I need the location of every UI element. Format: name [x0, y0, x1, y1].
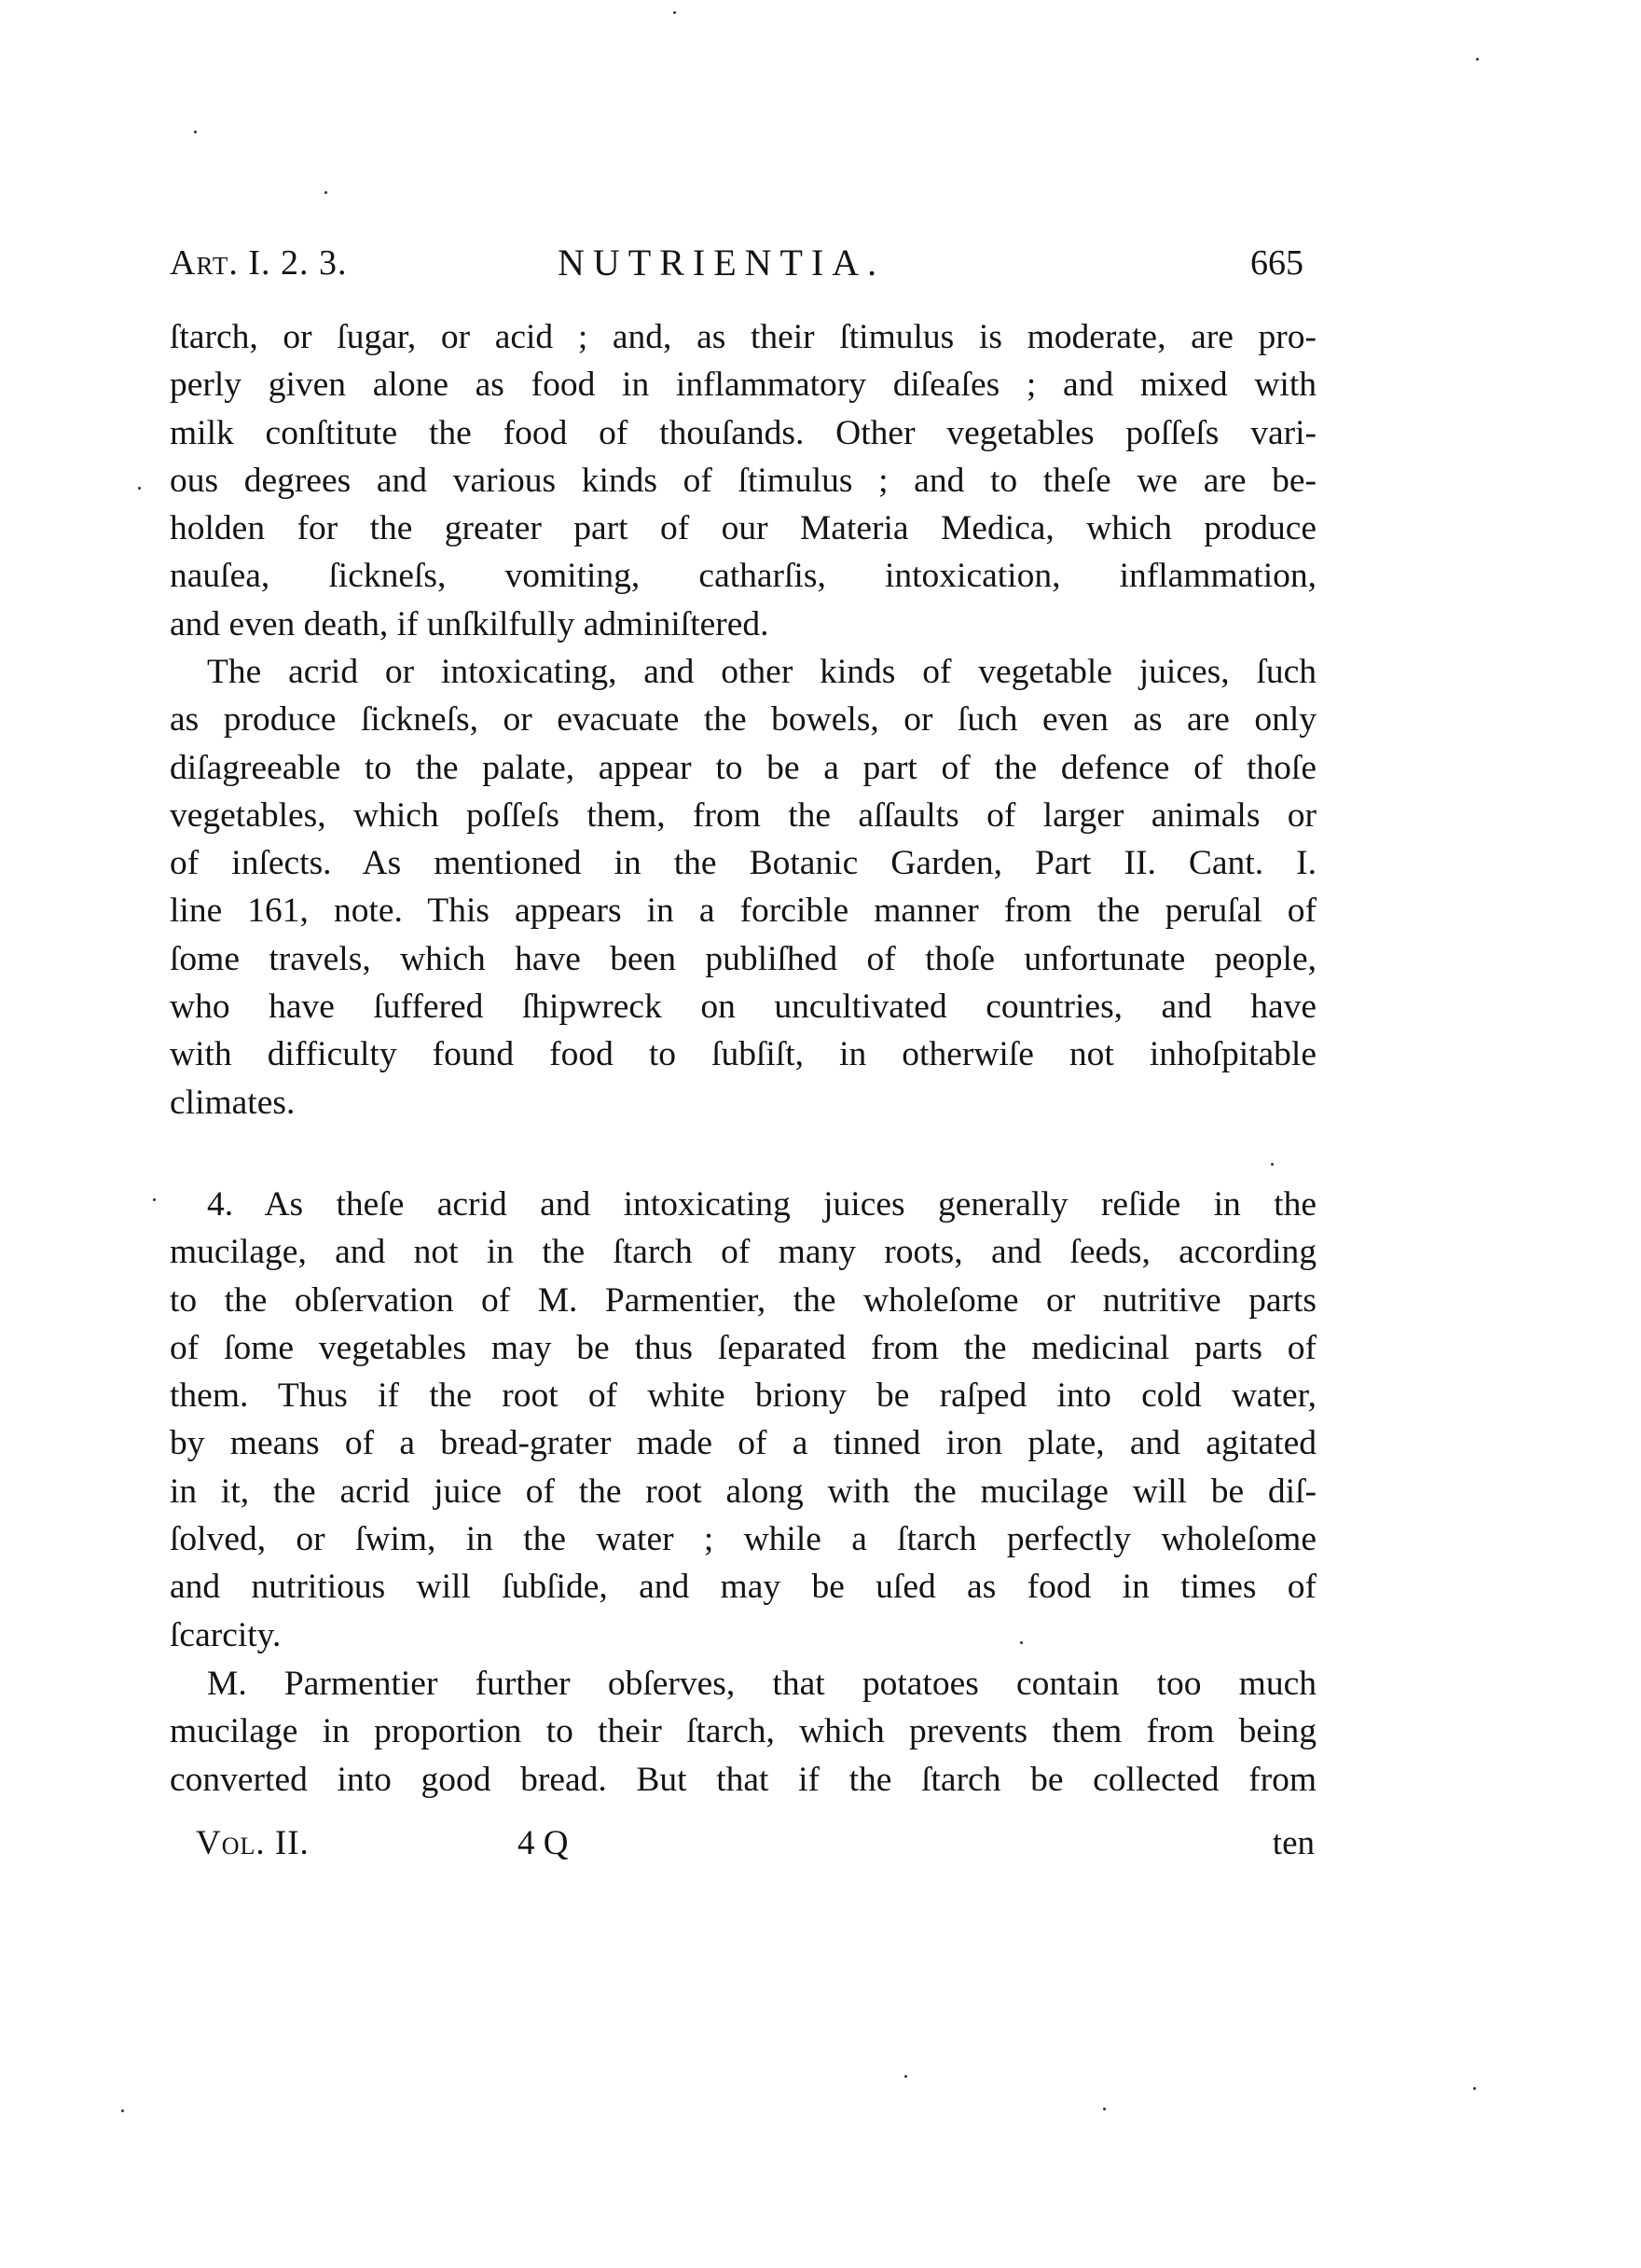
scan-speck	[1476, 58, 1479, 61]
text-line: diſagreeable to the palate, appear to be…	[170, 744, 1317, 792]
scan-speck	[121, 2109, 124, 2112]
paragraph-section-4: 4. As theſe acrid and intoxicating juice…	[170, 1181, 1317, 1659]
page-title: NUTRIENTIA.	[558, 241, 885, 285]
scan-speck	[1271, 1163, 1274, 1166]
scan-speck	[324, 191, 327, 194]
text-line: perly given alone as food in inflammator…	[170, 361, 1317, 408]
catchword: ten	[1273, 1820, 1315, 1867]
scan-speck	[194, 131, 197, 133]
scan-speck	[673, 11, 676, 14]
text-line: holden for the greater part of our Mater…	[170, 505, 1317, 552]
scan-speck	[1103, 2108, 1106, 2110]
text-line: of inſects. As mentioned in the Botanic …	[170, 839, 1317, 887]
text-line: mucilage in proportion to their ſtarch, …	[170, 1708, 1317, 1755]
paragraph-acrid-juices: The acrid or intoxicating, and other kin…	[170, 648, 1317, 1127]
volume-label: Vol. II.	[196, 1820, 310, 1867]
text-line: by means of a bread-grater made of a tin…	[170, 1419, 1317, 1467]
paragraph-parmentier: M. Parmentier further obſerves, that pot…	[170, 1660, 1317, 1804]
scan-speck	[138, 487, 141, 490]
scan-speck	[1020, 1641, 1023, 1644]
scan-speck	[904, 2075, 907, 2078]
text-line: them. Thus if the root of white briony b…	[170, 1372, 1317, 1419]
paragraph-continuation: ſtarch, or ſugar, or acid ; and, as thei…	[170, 313, 1317, 648]
text-line: who have ſuffered ſhipwreck on uncultiva…	[170, 983, 1317, 1030]
text-line: ſtarch, or ſugar, or acid ; and, as thei…	[170, 313, 1317, 361]
signature-mark: 4 Q	[517, 1820, 568, 1867]
text-line: line 161, note. This appears in a forcib…	[170, 887, 1317, 934]
section-reference: Art. I. 2. 3.	[170, 241, 347, 285]
scan-speck	[1473, 2087, 1476, 2090]
text-line: in it, the acrid juice of the root along…	[170, 1468, 1317, 1515]
text-line: 4. As theſe acrid and intoxicating juice…	[170, 1181, 1317, 1228]
text-line: and even death, if unſkilfully adminiſte…	[170, 601, 1317, 648]
text-line: milk conſtitute the food of thouſands. O…	[170, 409, 1317, 457]
text-line: ſolved, or ſwim, in the water ; while a …	[170, 1515, 1317, 1563]
text-line: as produce ſickneſs, or evacuate the bow…	[170, 696, 1317, 743]
text-line: ous degrees and various kinds of ſtimulu…	[170, 457, 1317, 505]
text-line: converted into good bread. But that if t…	[170, 1756, 1317, 1804]
scan-speck	[153, 1198, 156, 1201]
text-line: and nutritious will ſubſide, and may be …	[170, 1563, 1317, 1611]
text-line: ſome travels, which have been publiſhed …	[170, 935, 1317, 983]
text-line: M. Parmentier further obſerves, that pot…	[170, 1660, 1317, 1708]
page-number: 665	[1250, 241, 1303, 285]
text-line: with difficulty found food to ſubſiſt, i…	[170, 1030, 1317, 1078]
running-head: Art. I. 2. 3. NUTRIENTIA. 665	[170, 241, 1303, 285]
text-line: to the obſervation of M. Parmentier, the…	[170, 1277, 1317, 1324]
book-page: Art. I. 2. 3. NUTRIENTIA. 665 ſtarch, or…	[0, 0, 1641, 2268]
text-line: vegetables, which poſſeſs them, from the…	[170, 792, 1317, 839]
text-line: mucilage, and not in the ſtarch of many …	[170, 1228, 1317, 1276]
text-line: of ſome vegetables may be thus ſeparated…	[170, 1324, 1317, 1372]
text-line: nauſea, ſickneſs, vomiting, catharſis, i…	[170, 552, 1317, 600]
page-footer: Vol. II. 4 Q ten	[170, 1820, 1317, 1867]
text-line: climates.	[170, 1079, 1317, 1127]
text-line: ſcarcity.	[170, 1611, 1317, 1659]
text-line: The acrid or intoxicating, and other kin…	[170, 648, 1317, 696]
